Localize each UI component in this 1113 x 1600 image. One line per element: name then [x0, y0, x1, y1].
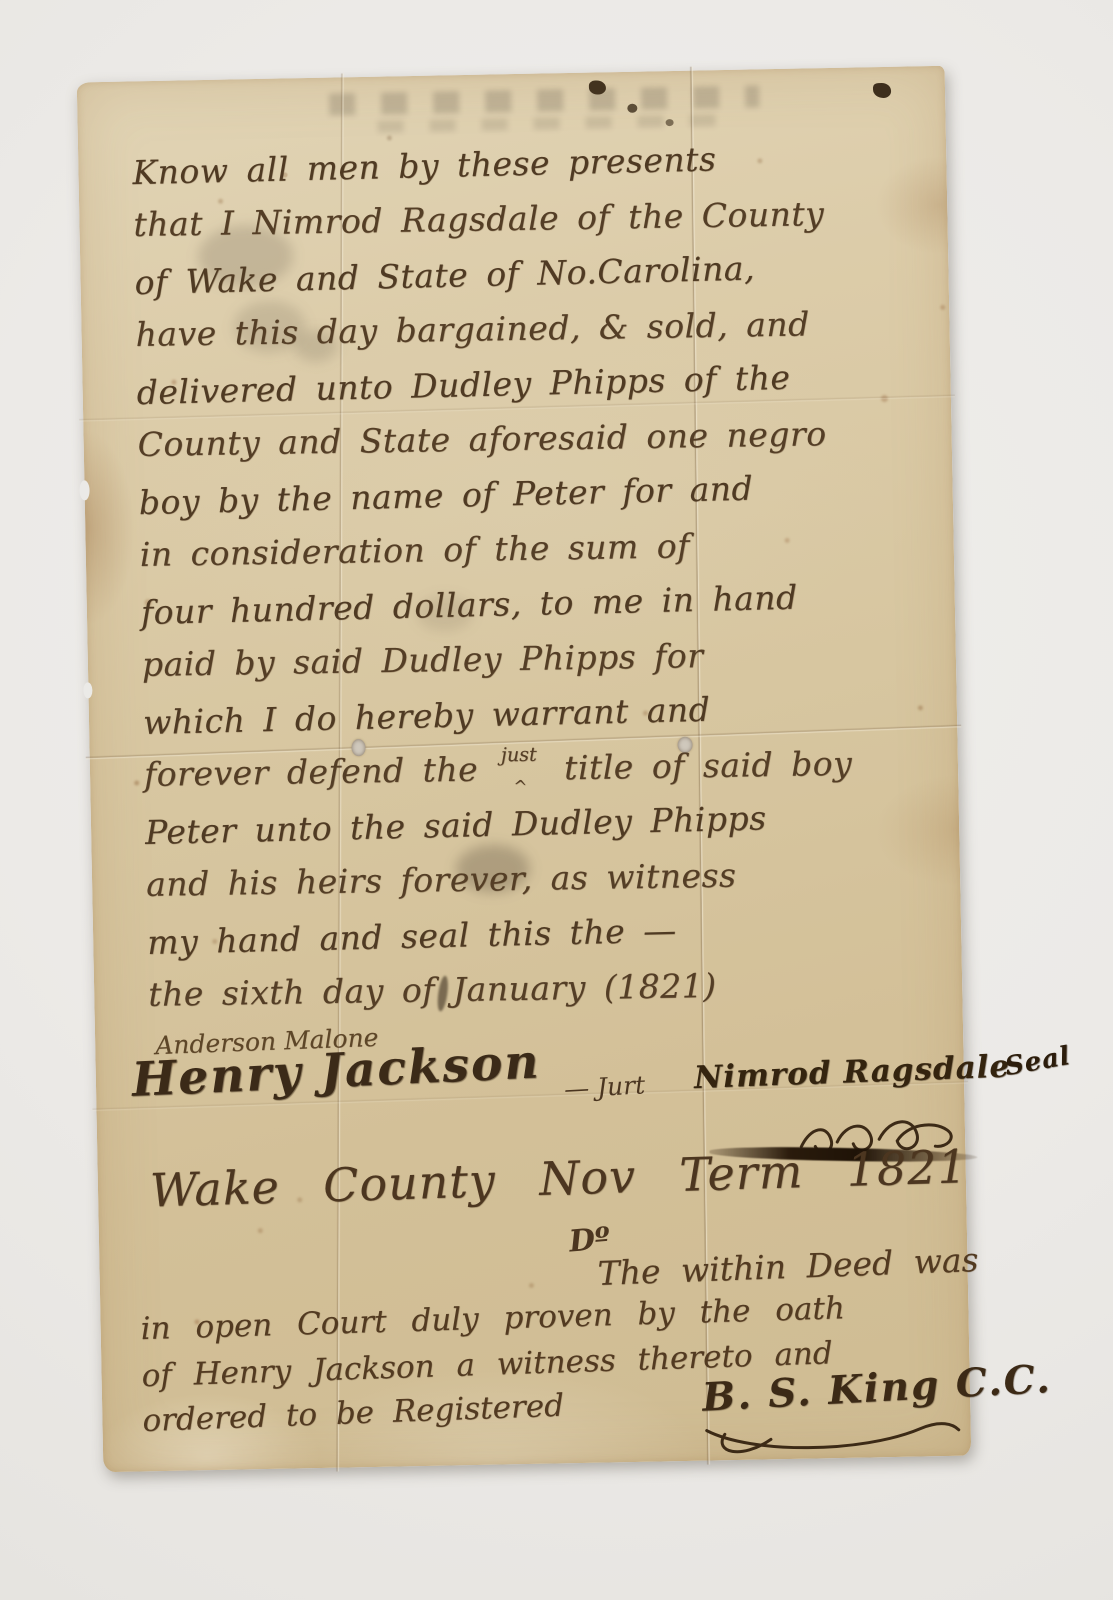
grantor-name: Nimrod Ragsdale — [693, 1049, 1010, 1097]
court-heading-word: County — [322, 1153, 496, 1212]
court-heading-word: Wake — [149, 1160, 280, 1218]
court-heading-word: Term — [679, 1144, 805, 1202]
ghost-offset-marks — [378, 114, 738, 133]
court-heading-word: Nov — [538, 1149, 636, 1206]
photo-canvas: { "page": { "background_color": "#ecebe8… — [0, 0, 1113, 1600]
inserted-word: ^just — [485, 746, 558, 780]
deed-text-segment: title of said boy — [564, 744, 853, 788]
paper-edge-notch — [79, 480, 89, 500]
jurat-notation: — Jurt — [563, 1070, 646, 1103]
ink-blot — [873, 83, 891, 98]
court-heading: Wake County Nov Term 1821 — [149, 1139, 968, 1217]
inserted-word-text: just — [500, 727, 537, 783]
deed-body: Know all men by these presents that I Ni… — [132, 128, 949, 1023]
ghost-offset-marks — [329, 85, 759, 115]
foxing-specks — [77, 82, 80, 85]
grantor-signature-nimrod-ragsdale: Nimrod RagsdaleSeal — [693, 1046, 1072, 1096]
seal-label: Seal — [1003, 1041, 1073, 1082]
deed-text-segment: forever defend the — [144, 750, 479, 794]
deed-line: the sixth day of January (1821) — [148, 954, 949, 1022]
ink-blot — [589, 80, 606, 94]
court-heading-word: 1821 — [846, 1139, 969, 1197]
document-paper: Know all men by these presents that I Ni… — [77, 66, 972, 1472]
ink-blot — [627, 104, 637, 113]
paper-edge-notch — [83, 682, 92, 698]
court-record-line: The within Deed was — [597, 1240, 979, 1293]
clerk-signature-flourish-icon — [700, 1412, 963, 1455]
court-record-line: ordered to be Registered — [142, 1388, 565, 1439]
